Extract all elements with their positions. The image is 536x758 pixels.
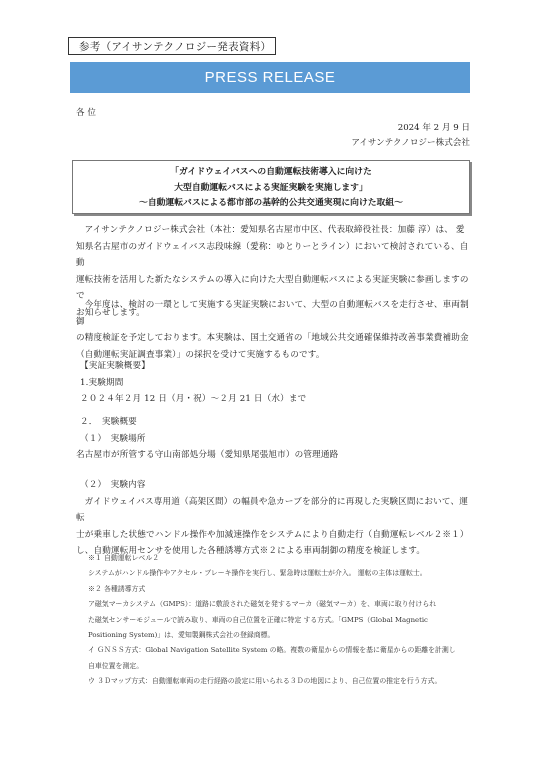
reference-tag: 参考（アイサンテクノロジー発表資料）: [68, 37, 276, 55]
title-line-1: 「ガイドウェイバスへの自動運転技術導入に向けた: [73, 165, 469, 181]
footnote-line: 自車位置を測定。: [88, 659, 474, 674]
content-line: 士が乗車した状態でハンドル操作や加減速操作をシステムにより自動走行（自動運転レベ…: [76, 527, 472, 544]
content-line: ガイドウェイバス専用道（高架区間）の幅員や急カーブを部分的に再現した実験区間にお…: [76, 494, 472, 527]
paragraph-line: アイサンテクノロジー株式会社（本社：愛知県名古屋市中区、代表取締役社長：加藤 淳…: [76, 222, 472, 239]
paragraph-plan: 今年度は、検討の一環として実施する実証実験において、大型の自動運転バスを走行させ…: [76, 297, 472, 363]
experiment-overview: ２． 実験概要 （１） 実験場所 名古屋市が所管する守山南部処分場（愛知県尾張旭…: [76, 414, 472, 464]
overview-2-heading: ２． 実験概要: [76, 414, 472, 431]
company-name: アイサンテクノロジー株式会社: [351, 136, 470, 151]
location-value: 名古屋市が所管する守山南部処分場（愛知県尾張旭市）の管理通路: [76, 447, 472, 464]
footnote-line: ア磁気マーカシステム（GMPS）：道路に敷設された磁気を発するマーカ（磁気マーカ…: [88, 597, 474, 612]
footnote-line: ※２ 各種誘導方式: [88, 582, 474, 597]
subtitle: 〜自動運転バスによる都市部の基幹的公共交通実現に向けた取組〜: [73, 196, 469, 212]
paragraph-line: の精度検証を予定しております。本実験は、国土交通省の「地域公共交通確保維持改善事…: [76, 330, 472, 347]
footnote-line: た磁気センサーモジュールで読み取り、車両の自己位置を正確に特定 する方式。「GM…: [88, 613, 474, 628]
period-value: ２０２４年２月 12 日（月・祝）〜２月 21 日（水）まで: [76, 391, 472, 408]
footnote-line: Positioning System)」は、愛知製鋼株式会社の登録商標。: [88, 628, 474, 643]
title-box: 「ガイドウェイバスへの自動運転技術導入に向けた 大型自動運転バスによる実証実験を…: [72, 160, 470, 214]
footnote-line: ウ ３Ｄマップ方式：自動運転車両の走行経路の設定に用いられる３Ｄの地図により、自…: [88, 674, 474, 689]
footnote-line: ※１ 自動運転レベル２: [88, 551, 474, 566]
experiment-content: （２） 実験内容 ガイドウェイバス専用道（高架区間）の幅員や急カーブを部分的に再…: [76, 477, 472, 560]
overview-heading: 【実証実験概要】: [76, 358, 472, 375]
location-heading: （１） 実験場所: [76, 431, 472, 448]
footnotes: ※１ 自動運転レベル２ システムがハンドル操作やアクセル・ブレーキ操作を実行し、…: [88, 551, 474, 690]
content-heading: （２） 実験内容: [76, 477, 472, 494]
footnote-line: システムがハンドル操作やアクセル・ブレーキ操作を実行し、緊急時は運転士が介入。 …: [88, 566, 474, 581]
paragraph-line: 知県名古屋市のガイドウェイバス志段味線（愛称：ゆとりーとライン）において検討され…: [76, 239, 472, 272]
press-release-banner: PRESS RELEASE: [70, 62, 470, 93]
footnote-line: イ ＧＮＳＳ方式：Global Navigation Satellite Sys…: [88, 643, 474, 658]
addressee: 各 位: [76, 106, 96, 121]
period-heading: 1.実験期間: [76, 375, 472, 392]
overview-section: 【実証実験概要】 1.実験期間 ２０２４年２月 12 日（月・祝）〜２月 21 …: [76, 358, 472, 408]
release-date: 2024 年 2 月 9 日: [398, 121, 470, 136]
paragraph-line: 今年度は、検討の一環として実施する実証実験において、大型の自動運転バスを走行させ…: [76, 297, 472, 330]
title-line-2: 大型自動運転バスによる実証実験を実施します」: [73, 181, 469, 197]
